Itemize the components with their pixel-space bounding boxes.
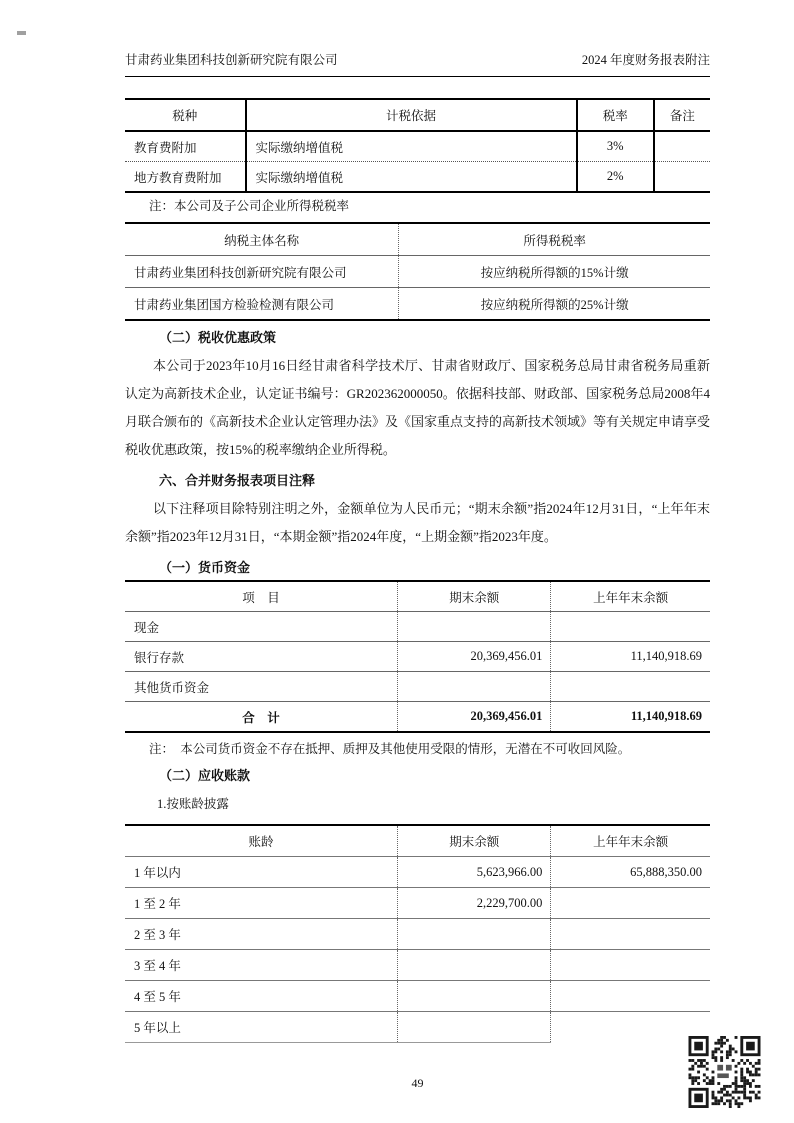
cell-prior-balance (551, 950, 710, 981)
cell-tax-basis: 实际缴纳增值税 (246, 131, 577, 162)
cell-tax-type: 教育费附加 (125, 131, 246, 162)
cell-prior-balance (551, 888, 710, 919)
cell-total-prior: 11,140,918.69 (551, 702, 710, 733)
cell-item: 其他货币资金 (125, 672, 398, 702)
cell-ending-balance: 5,623,966.00 (398, 857, 551, 888)
document-page: 甘肃药业集团科技创新研究院有限公司 2024 年度财务报表附注 税种 计税依据 … (0, 0, 794, 1123)
heading-receivables: （二）应收账款 (125, 767, 710, 785)
cell-entity-name: 甘肃药业集团科技创新研究院有限公司 (125, 256, 399, 288)
cell-prior-balance (551, 612, 710, 642)
aging-subheading: 1.按账龄披露 (125, 796, 710, 813)
page-number: 49 (125, 1076, 710, 1091)
column-header: 上年年末余额 (551, 825, 710, 857)
cell-income-tax-rate: 按应纳税所得额的25%计缴 (399, 288, 710, 321)
heading-cash: （一）货币资金 (125, 559, 710, 577)
cell-prior-balance (551, 981, 710, 1012)
cell-age-bucket: 4 至 5 年 (125, 981, 398, 1012)
cell-ending-balance (398, 981, 551, 1012)
cell-ending-balance (398, 612, 551, 642)
cell-prior-balance (551, 919, 710, 950)
table-row: 3 至 4 年 (125, 950, 710, 981)
table-header-row: 纳税主体名称 所得税税率 (125, 223, 710, 256)
table-row: 甘肃药业集团国方检验检测有限公司 按应纳税所得额的25%计缴 (125, 288, 710, 321)
cell-item: 现金 (125, 612, 398, 642)
table-row: 地方教育费附加 实际缴纳增值税 2% (125, 162, 710, 193)
income-tax-rate-table: 纳税主体名称 所得税税率 甘肃药业集团科技创新研究院有限公司 按应纳税所得额的1… (125, 222, 710, 321)
cell-prior-balance: 65,888,350.00 (551, 857, 710, 888)
cell-age-bucket: 5 年以上 (125, 1012, 398, 1043)
column-header: 所得税税率 (399, 223, 710, 256)
table-header-row: 项 目 期末余额 上年年末余额 (125, 581, 710, 612)
header-company-name: 甘肃药业集团科技创新研究院有限公司 (125, 50, 338, 68)
cell-prior-balance (551, 672, 710, 702)
table-row: 银行存款 20,369,456.01 11,140,918.69 (125, 642, 710, 672)
cell-ending-balance (398, 672, 551, 702)
column-header: 上年年末余额 (551, 581, 710, 612)
table-row: 5 年以上 (125, 1012, 710, 1043)
cell-tax-rate: 3% (577, 131, 654, 162)
column-header: 项 目 (125, 581, 398, 612)
cell-prior-balance: 11,140,918.69 (551, 642, 710, 672)
table-row: 1 至 2 年 2,229,700.00 (125, 888, 710, 919)
cell-total-label: 合 计 (125, 702, 398, 733)
qr-code-image (687, 1036, 762, 1108)
document-header: 甘肃药业集团科技创新研究院有限公司 2024 年度财务报表附注 (125, 50, 710, 77)
cell-ending-balance (398, 1012, 551, 1043)
scan-artifact (17, 31, 26, 35)
tax-policy-paragraph: 本公司于2023年10月16日经甘肃省科学技术厅、甘肃省财政厅、国家税务总局甘肃… (125, 352, 710, 464)
column-header: 纳税主体名称 (125, 223, 399, 256)
cell-age-bucket: 1 年以内 (125, 857, 398, 888)
column-header: 期末余额 (398, 581, 551, 612)
receivables-aging-table: 账龄 期末余额 上年年末余额 1 年以内 5,623,966.00 65,888… (125, 824, 710, 1043)
cell-age-bucket: 1 至 2 年 (125, 888, 398, 919)
table-row: 教育费附加 实际缴纳增值税 3% (125, 131, 710, 162)
column-header: 备注 (654, 99, 710, 131)
column-header: 账龄 (125, 825, 398, 857)
column-header: 计税依据 (246, 99, 577, 131)
consolidated-notes-paragraph: 以下注释项目除特别注明之外，金额单位为人民币元；“期末余额”指2024年12月3… (125, 495, 710, 551)
heading-tax-policy: （二）税收优惠政策 (125, 329, 710, 347)
table-header-row: 税种 计税依据 税率 备注 (125, 99, 710, 131)
column-header: 期末余额 (398, 825, 551, 857)
cell-tax-basis: 实际缴纳增值税 (246, 162, 577, 193)
cell-entity-name: 甘肃药业集团国方检验检测有限公司 (125, 288, 399, 321)
cell-age-bucket: 2 至 3 年 (125, 919, 398, 950)
cell-income-tax-rate: 按应纳税所得额的15%计缴 (399, 256, 710, 288)
cell-ending-balance (398, 919, 551, 950)
cell-tax-type: 地方教育费附加 (125, 162, 246, 193)
cell-remark (654, 131, 710, 162)
table-row: 1 年以内 5,623,966.00 65,888,350.00 (125, 857, 710, 888)
cell-age-bucket: 3 至 4 年 (125, 950, 398, 981)
table-row: 4 至 5 年 (125, 981, 710, 1012)
cell-tax-rate: 2% (577, 162, 654, 193)
table-total-row: 合 计 20,369,456.01 11,140,918.69 (125, 702, 710, 733)
surtax-note: 注：本公司及子公司企业所得税税率 (125, 198, 710, 215)
heading-consolidated-notes: 六、合并财务报表项目注释 (125, 472, 710, 490)
column-header: 税种 (125, 99, 246, 131)
cell-remark (654, 162, 710, 193)
surtax-table: 税种 计税依据 税率 备注 教育费附加 实际缴纳增值税 3% 地方教育费附加 实… (125, 98, 710, 193)
column-header: 税率 (577, 99, 654, 131)
cell-ending-balance: 2,229,700.00 (398, 888, 551, 919)
page-content: 甘肃药业集团科技创新研究院有限公司 2024 年度财务报表附注 税种 计税依据 … (125, 0, 710, 1091)
cell-total-ending: 20,369,456.01 (398, 702, 551, 733)
cell-ending-balance: 20,369,456.01 (398, 642, 551, 672)
table-row: 现金 (125, 612, 710, 642)
table-row: 甘肃药业集团科技创新研究院有限公司 按应纳税所得额的15%计缴 (125, 256, 710, 288)
header-doc-title: 2024 年度财务报表附注 (582, 50, 710, 68)
cash-table: 项 目 期末余额 上年年末余额 现金 银行存款 20,369,456.01 11… (125, 580, 710, 733)
cash-note: 注： 本公司货币资金不存在抵押、质押及其他使用受限的情形，无潜在不可收回风险。 (125, 741, 710, 758)
table-row: 2 至 3 年 (125, 919, 710, 950)
cell-ending-balance (398, 950, 551, 981)
table-header-row: 账龄 期末余额 上年年末余额 (125, 825, 710, 857)
cell-item: 银行存款 (125, 642, 398, 672)
table-row: 其他货币资金 (125, 672, 710, 702)
